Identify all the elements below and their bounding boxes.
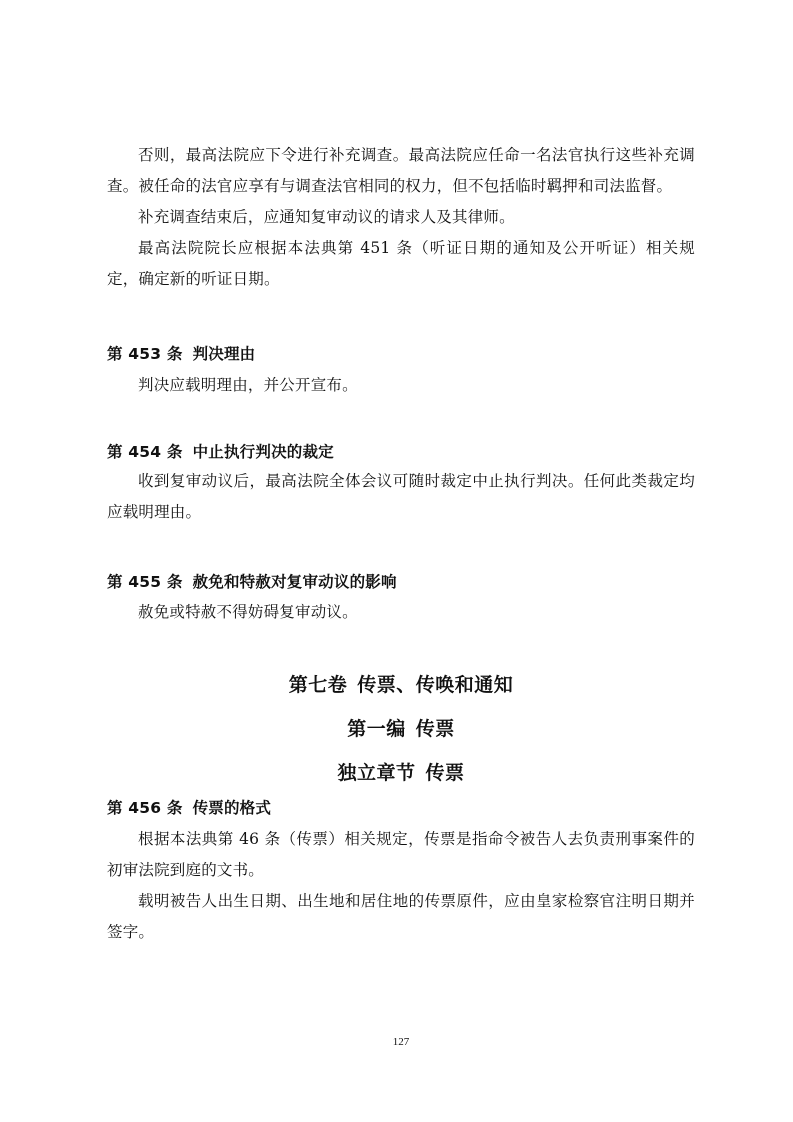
article-title: 中止执行判决的裁定 [193, 443, 334, 461]
volume-text: 传票、传唤和通知 [357, 674, 513, 696]
paragraph-supplementary-investigation: 否则，最高法院应下令进行补充调查。最高法院应任命一名法官执行这些补充调查。被任命… [107, 140, 695, 202]
chapter-label: 独立章节 [337, 762, 415, 784]
article-453-heading: 第 453 条判决理由 [107, 343, 255, 365]
chapter-text: 传票 [426, 762, 465, 784]
paragraph-hearing-date: 最高法院院长应根据本法典第 451 条（听证日期的通知及公开听证）相关规定，确定… [107, 233, 695, 295]
article-title: 传票的格式 [193, 799, 272, 817]
chapter-title: 独立章节传票 [107, 760, 695, 786]
volume-label: 第七卷 [289, 674, 348, 696]
article-453-paragraph: 判决应载明理由，并公开宣布。 [107, 370, 695, 401]
part-title: 第一编传票 [107, 716, 695, 742]
article-title: 判决理由 [193, 345, 256, 363]
article-454-heading: 第 454 条中止执行判决的裁定 [107, 441, 334, 463]
article-456-paragraph-1: 根据本法典第 46 条（传票）相关规定，传票是指命令被告人去负责刑事案件的初审法… [107, 824, 695, 886]
part-label: 第一编 [347, 718, 406, 740]
article-number: 第 454 条 [107, 443, 183, 461]
article-number: 第 456 条 [107, 799, 183, 817]
article-number: 第 453 条 [107, 345, 183, 363]
article-455-paragraph: 赦免或特赦不得妨碍复审动议。 [107, 597, 695, 628]
article-number: 第 455 条 [107, 573, 183, 591]
article-456-paragraph-2: 载明被告人出生日期、出生地和居住地的传票原件，应由皇家检察官注明日期并签字。 [107, 886, 695, 948]
volume-title: 第七卷传票、传唤和通知 [107, 672, 695, 698]
article-title: 赦免和特赦对复审动议的影响 [193, 573, 397, 591]
paragraph-notify-petitioner: 补充调查结束后，应通知复审动议的请求人及其律师。 [107, 202, 695, 233]
article-455-heading: 第 455 条赦免和特赦对复审动议的影响 [107, 571, 397, 593]
page-number: 127 [107, 1036, 695, 1048]
article-454-paragraph: 收到复审动议后，最高法院全体会议可随时裁定中止执行判决。任何此类裁定均应载明理由… [107, 466, 695, 528]
part-text: 传票 [416, 718, 455, 740]
article-456-heading: 第 456 条传票的格式 [107, 797, 271, 819]
